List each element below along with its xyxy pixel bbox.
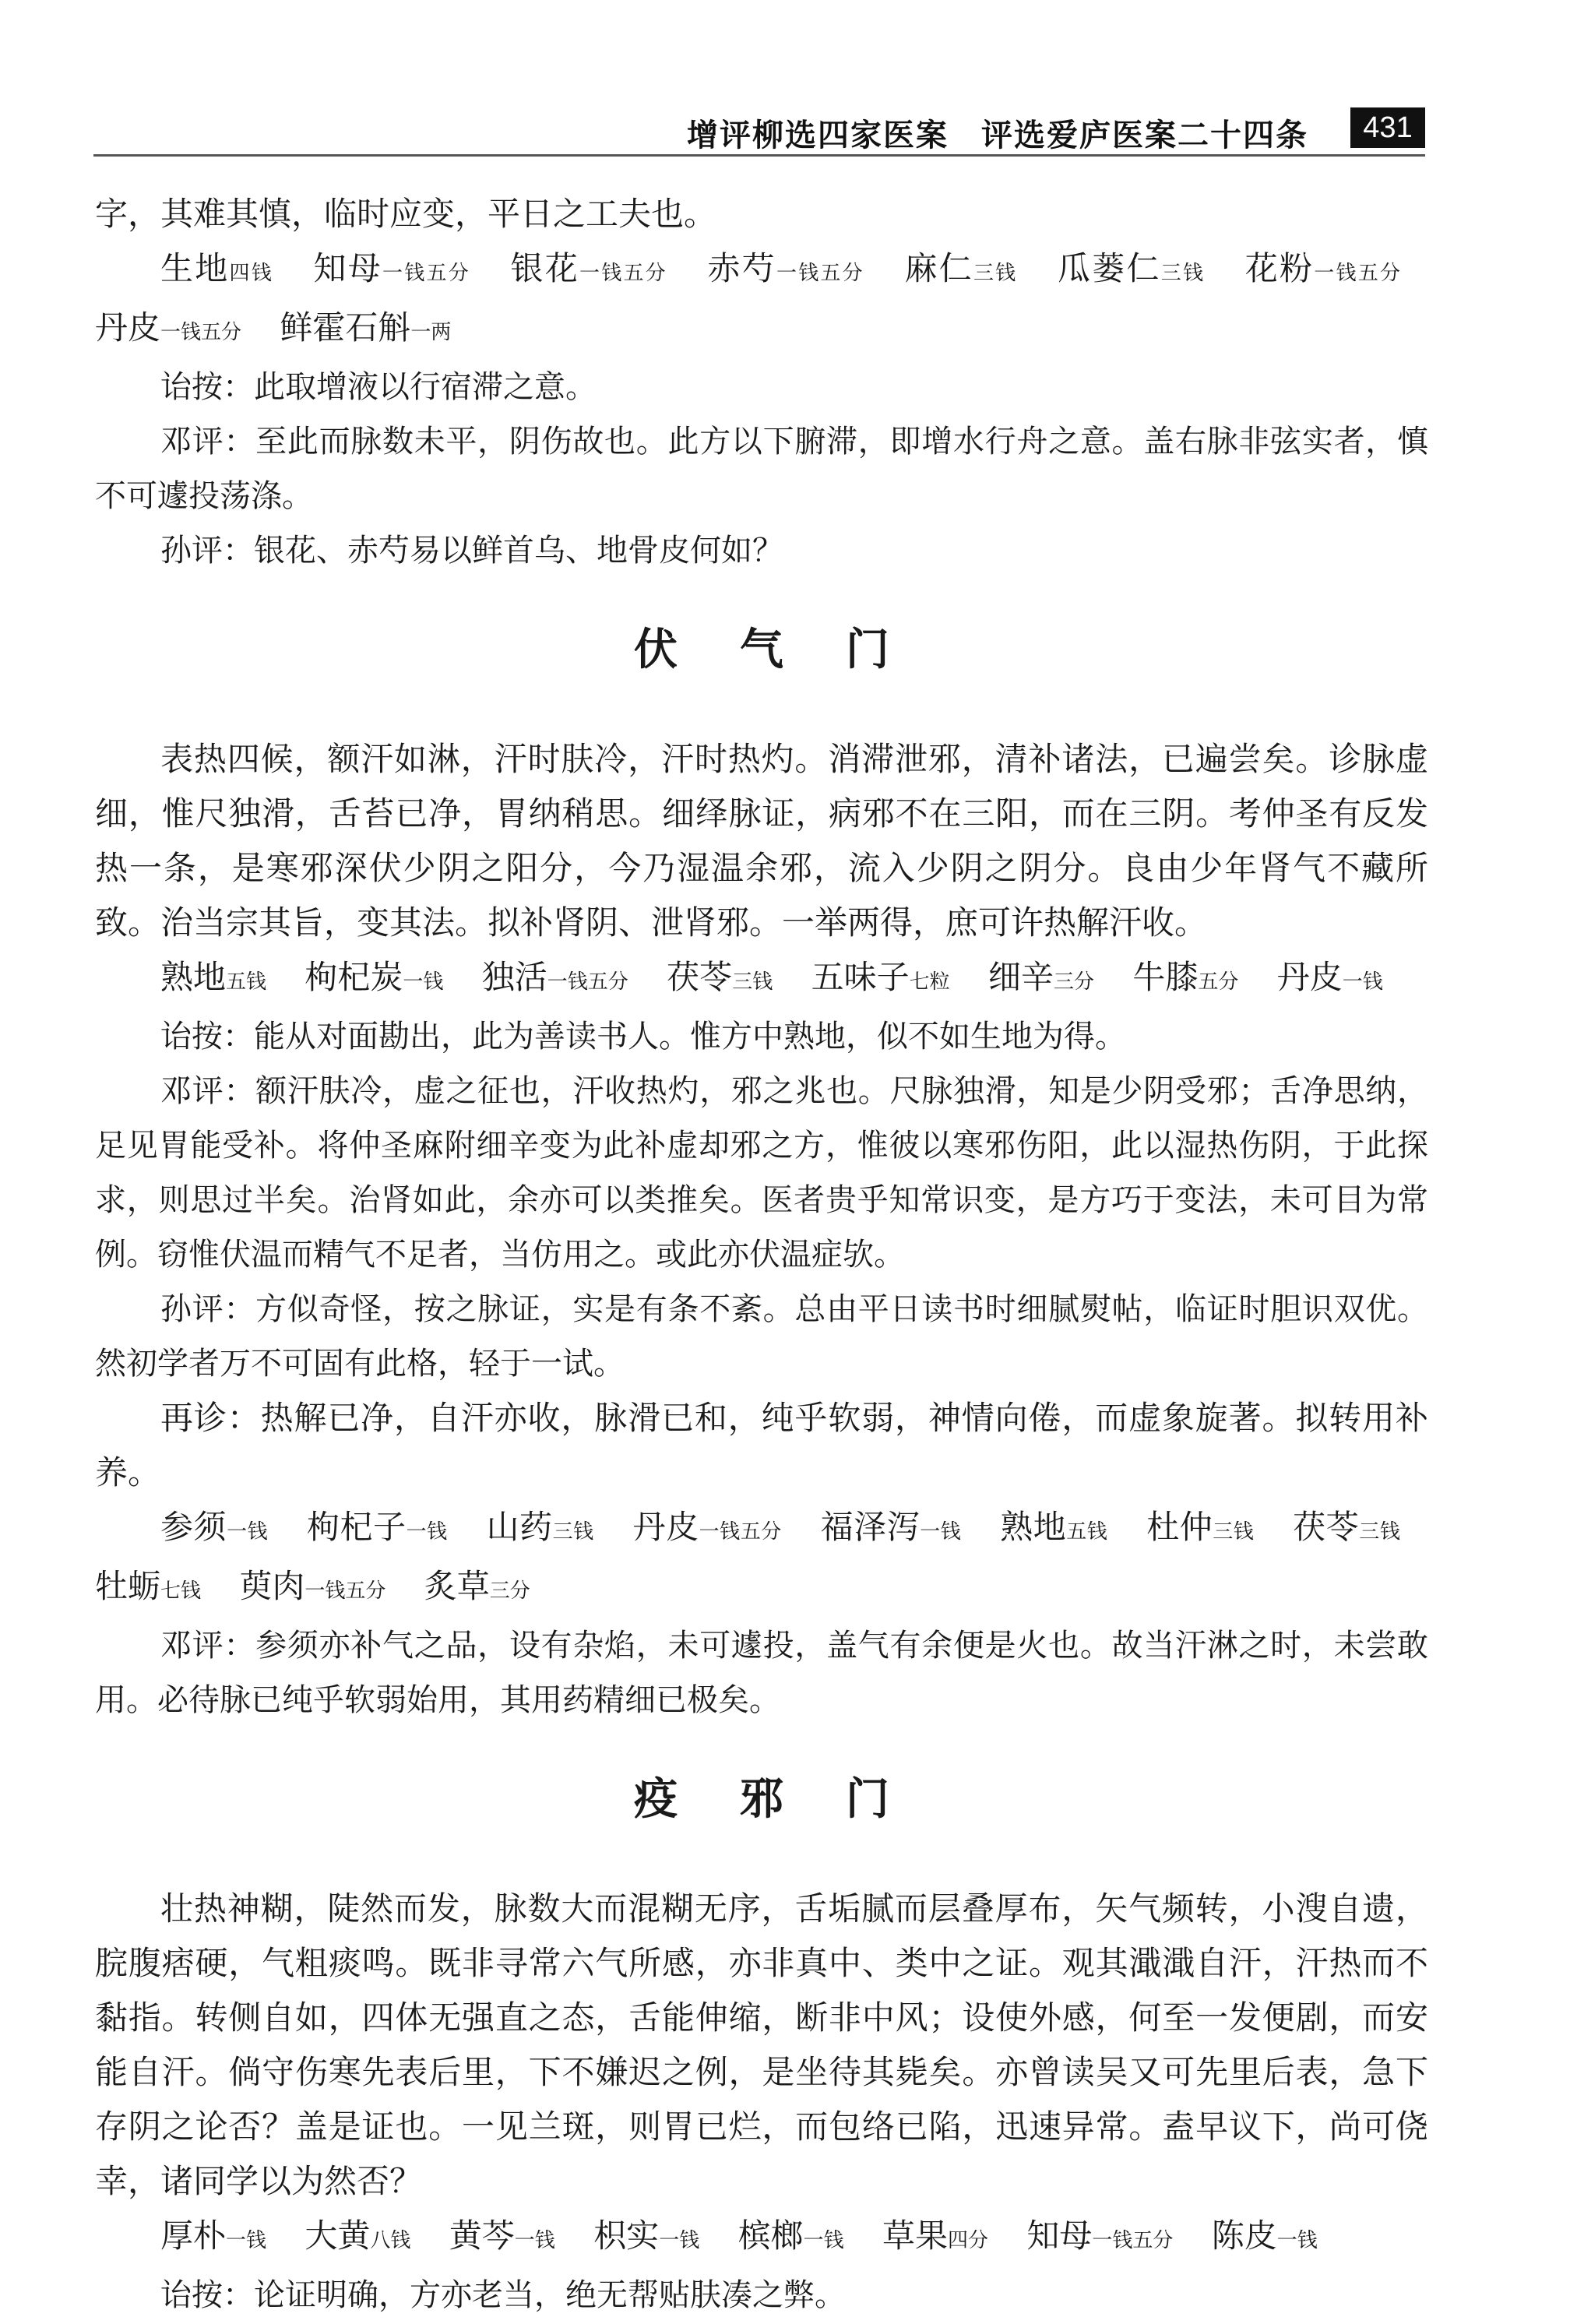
- herb-item: 丹皮一钱: [1277, 958, 1383, 996]
- comment-yi: 诒按：能从对面勘出，此为善读书人。惟方中熟地，似不如生地为得。: [95, 1009, 1428, 1064]
- herb-dose: 一钱: [1277, 2229, 1318, 2252]
- herb-item: 黄芩一钱: [449, 2217, 555, 2255]
- herb-name: 牡蛎: [95, 1567, 160, 1605]
- herb-item: 牡蛎七钱: [95, 1567, 201, 1605]
- case-text: 表热四候，额汗如淋，汗时肤冷，汗时热灼。消滞泄邪，清补诸法，已遍尝矣。诊脉虚细，…: [95, 732, 1428, 950]
- herb-dose: 四分: [948, 2229, 988, 2252]
- herb-name: 细辛: [988, 958, 1054, 996]
- herb-name: 枸杞子: [307, 1508, 407, 1546]
- herb-dose: 一钱: [920, 1520, 961, 1544]
- herb-item: 山药三钱: [487, 1508, 594, 1546]
- herb-dose: 八钱: [370, 2229, 410, 2252]
- herb-item: 草果四分: [882, 2217, 988, 2255]
- herb-name: 麻仁: [904, 249, 973, 287]
- herb-dose: 一钱五分: [160, 321, 241, 344]
- page-number: 431: [1350, 107, 1425, 148]
- herb-name: 茯苓: [1293, 1508, 1359, 1546]
- herb-item: 牛膝五分: [1132, 958, 1238, 996]
- herb-item: 知母一钱五分: [314, 249, 470, 287]
- herb-dose: 一两: [410, 321, 451, 344]
- herb-item: 参须一钱: [160, 1508, 268, 1546]
- comment-yi: 诒按：论证明确，方亦老当，绝无帮贴肤凑之弊。: [95, 2268, 1428, 2322]
- herb-dose: 一钱: [1343, 970, 1383, 994]
- herb-item: 丹皮一钱五分: [95, 308, 241, 347]
- herb-item: 槟榔一钱: [738, 2217, 844, 2255]
- herb-name: 萸肉: [239, 1567, 304, 1605]
- revisit-prescription: 参须一钱 枸杞子一钱 山药三钱 丹皮一钱五分 福泽泻一钱 熟地五钱 杜仲三钱 茯…: [95, 1500, 1428, 1618]
- herb-name: 知母: [314, 249, 382, 287]
- herb-item: 枳实一钱: [593, 2217, 699, 2255]
- comment-sun: 孙评：方似奇怪，按之脉证，实是有条不紊。总由平日读书时细腻熨帖，临证时胆识双优。…: [95, 1282, 1428, 1391]
- herb-name: 枳实: [593, 2217, 659, 2255]
- herb-item: 生地四钱: [160, 249, 273, 287]
- herb-dose: 三钱: [553, 1520, 594, 1544]
- herb-item: 熟地五钱: [160, 958, 266, 996]
- herb-dose: 五分: [1198, 970, 1238, 994]
- herb-name: 瓜蒌仁: [1058, 249, 1161, 287]
- herb-name: 大黄: [304, 2217, 370, 2255]
- comment-deng: 邓评：至此而脉数未平，阴伤故也。此方以下腑滞，即增水行舟之意。盖右脉非弦实者，慎…: [95, 414, 1428, 523]
- herb-name: 福泽泻: [821, 1508, 921, 1546]
- herb-name: 丹皮: [95, 308, 160, 347]
- revisit-text: 再诊：热解已净，自汗亦收，脉滑已和，纯乎软弱，神情向倦，而虚象旋著。拟转用补养。: [95, 1391, 1428, 1500]
- section-title-fuqi: 伏气门: [95, 615, 1428, 685]
- herb-name: 杜仲: [1146, 1508, 1213, 1546]
- herb-dose: 三钱: [1213, 1520, 1254, 1544]
- herb-item: 茯苓三钱: [667, 958, 773, 996]
- herb-item: 丹皮一钱五分: [633, 1508, 782, 1546]
- comment-yi: 诒按：此取增液以行宿滞之意。: [95, 360, 1428, 414]
- herb-name: 银花: [511, 249, 579, 287]
- prescription: 厚朴一钱 大黄八钱 黄芩一钱 枳实一钱 槟榔一钱 草果四分 知母一钱五分 陈皮一…: [95, 2209, 1428, 2268]
- comment-sun: 孙评：银花、赤芍易以鲜首乌、地骨皮何如？: [95, 523, 1428, 578]
- herb-item: 花粉一钱五分: [1245, 249, 1400, 287]
- herb-item: 瓜蒌仁三钱: [1058, 249, 1205, 287]
- herb-name: 牛膝: [1132, 958, 1198, 996]
- herb-dose: 三分: [490, 1579, 530, 1603]
- herb-name: 陈皮: [1212, 2217, 1277, 2255]
- herb-dose: 三钱: [732, 970, 773, 994]
- herb-item: 赤芍一钱五分: [708, 249, 864, 287]
- herb-item: 福泽泻一钱: [821, 1508, 962, 1546]
- herb-name: 山药: [487, 1508, 553, 1546]
- herb-dose: 四钱: [229, 262, 273, 285]
- page-body: 字，其难其慎，临时应变，平日之工夫也。 生地四钱 知母一钱五分 银花一钱五分 赤…: [95, 187, 1428, 2322]
- herb-name: 鲜霍石斛: [280, 308, 410, 347]
- herb-name: 枸杞炭: [304, 958, 403, 996]
- herb-name: 黄芩: [449, 2217, 515, 2255]
- herb-dose: 一钱五分: [304, 1579, 385, 1603]
- herb-item: 五味子七粒: [811, 958, 950, 996]
- herb-dose: 三钱: [1161, 262, 1205, 285]
- herb-name: 厚朴: [160, 2217, 226, 2255]
- herb-name: 熟地: [160, 958, 226, 996]
- herb-name: 花粉: [1245, 249, 1314, 287]
- herb-dose: 一钱五分: [776, 262, 864, 285]
- herb-name: 炙草: [424, 1567, 490, 1605]
- comment-deng-revisit: 邓评：参须亦补气之品，设有杂焰，未可遽投，盖气有余便是火也。故当汗淋之时，未尝敢…: [95, 1618, 1428, 1727]
- comment-deng: 邓评：额汗肤冷，虚之征也，汗收热灼，邪之兆也。尺脉独滑，知是少阴受邪；舌净思纳，…: [95, 1064, 1428, 1282]
- herb-item: 鲜霍石斛一两: [280, 308, 451, 347]
- herb-dose: 一钱: [804, 2229, 844, 2252]
- herb-item: 萸肉一钱五分: [239, 1567, 385, 1605]
- herb-dose: 一钱五分: [1314, 262, 1400, 285]
- herb-dose: 三分: [1054, 970, 1094, 994]
- herb-name: 丹皮: [633, 1508, 699, 1546]
- herb-item: 知母一钱五分: [1026, 2217, 1173, 2255]
- herb-dose: 七钱: [160, 1579, 201, 1603]
- herb-dose: 一钱五分: [547, 970, 628, 994]
- herb-item: 银花一钱五分: [511, 249, 667, 287]
- herb-dose: 三钱: [1359, 1520, 1400, 1544]
- herb-dose: 一钱: [659, 2229, 699, 2252]
- prescription: 生地四钱 知母一钱五分 银花一钱五分 赤芍一钱五分 麻仁三钱 瓜蒌仁三钱 花粉一…: [95, 241, 1428, 360]
- continuation-text: 字，其难其慎，临时应变，平日之工夫也。: [95, 187, 1428, 241]
- herb-dose: 一钱五分: [382, 262, 470, 285]
- herb-name: 草果: [882, 2217, 948, 2255]
- herb-name: 五味子: [811, 958, 910, 996]
- herb-name: 熟地: [1000, 1508, 1066, 1546]
- herb-dose: 一钱: [226, 2229, 266, 2252]
- herb-dose: 一钱五分: [579, 262, 667, 285]
- herb-item: 麻仁三钱: [904, 249, 1017, 287]
- herb-dose: 一钱: [407, 1520, 448, 1544]
- herb-item: 大黄八钱: [304, 2217, 410, 2255]
- running-header: 增评柳选四家医案 评选爱庐医案二十四条 431: [93, 107, 1425, 157]
- herb-dose: 七粒: [910, 970, 950, 994]
- herb-name: 生地: [160, 249, 229, 287]
- header-title: 增评柳选四家医案 评选爱庐医案二十四条: [687, 111, 1308, 155]
- case-text: 壮热神糊，陡然而发，脉数大而混糊无序，舌垢腻而层叠厚布，矢气频转，小溲自遗，脘腹…: [95, 1882, 1428, 2209]
- herb-name: 茯苓: [667, 958, 732, 996]
- prescription: 熟地五钱 枸杞炭一钱 独活一钱五分 茯苓三钱 五味子七粒 细辛三分 牛膝五分 丹…: [95, 950, 1428, 1009]
- herb-item: 枸杞炭一钱: [304, 958, 443, 996]
- herb-dose: 一钱五分: [699, 1520, 782, 1544]
- section-title-yixie: 疫邪门: [95, 1765, 1428, 1835]
- herb-dose: 一钱: [227, 1520, 268, 1544]
- herb-dose: 一钱: [515, 2229, 555, 2252]
- herb-item: 厚朴一钱: [160, 2217, 266, 2255]
- herb-name: 槟榔: [738, 2217, 804, 2255]
- herb-name: 知母: [1026, 2217, 1092, 2255]
- herb-dose: 三钱: [973, 262, 1017, 285]
- herb-item: 炙草三分: [424, 1567, 530, 1605]
- herb-name: 丹皮: [1277, 958, 1343, 996]
- herb-name: 参须: [160, 1508, 227, 1546]
- herb-item: 独活一钱五分: [482, 958, 628, 996]
- herb-dose: 五钱: [1066, 1520, 1107, 1544]
- herb-name: 独活: [482, 958, 547, 996]
- herb-dose: 一钱五分: [1092, 2229, 1173, 2252]
- herb-dose: 一钱: [403, 970, 443, 994]
- herb-item: 枸杞子一钱: [307, 1508, 448, 1546]
- herb-item: 杜仲三钱: [1146, 1508, 1254, 1546]
- herb-item: 熟地五钱: [1000, 1508, 1107, 1546]
- herb-item: 茯苓三钱: [1293, 1508, 1400, 1546]
- herb-item: 细辛三分: [988, 958, 1094, 996]
- herb-name: 赤芍: [708, 249, 776, 287]
- herb-dose: 五钱: [226, 970, 266, 994]
- herb-item: 陈皮一钱: [1212, 2217, 1318, 2255]
